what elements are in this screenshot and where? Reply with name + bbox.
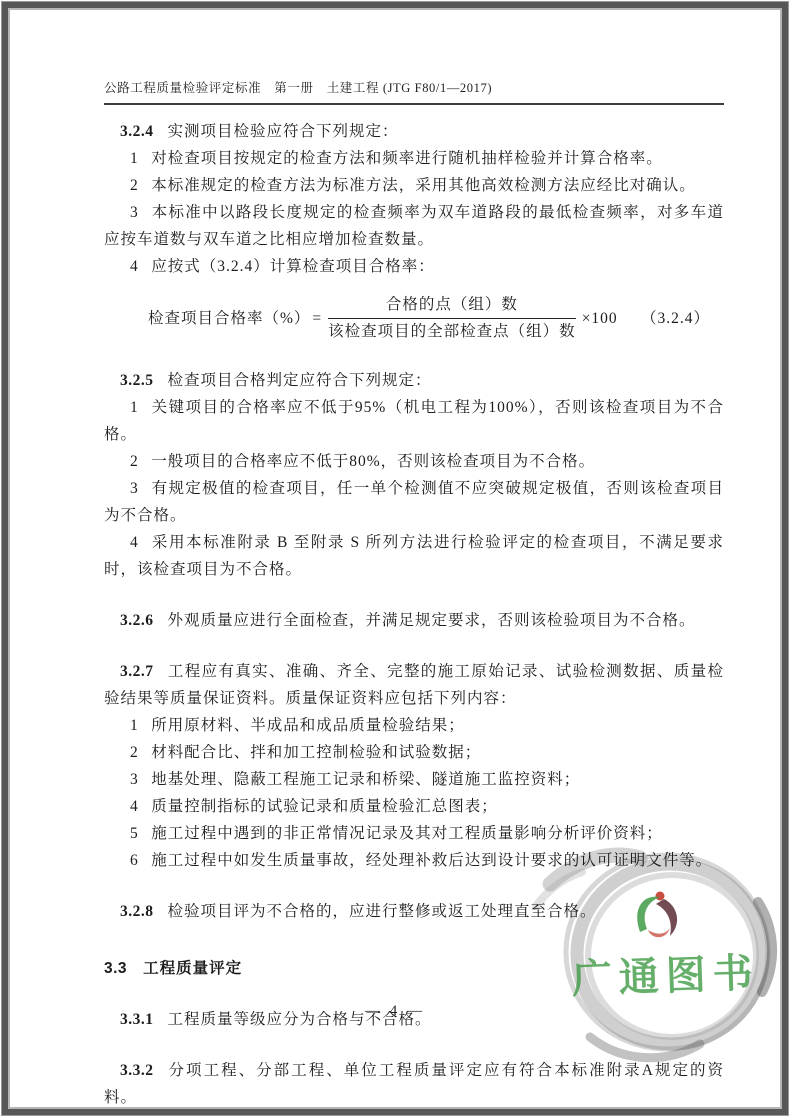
section-number: 3.3 (104, 960, 127, 977)
item-number: 1 (130, 150, 138, 167)
document-page: 公路工程质量检验评定标准 第一册 土建工程 (JTG F80/1—2017) 3… (8, 8, 782, 1109)
running-header: 公路工程质量检验评定标准 第一册 土建工程 (JTG F80/1—2017) (104, 78, 724, 96)
clause-3-3-2: 3.3.2分项工程、分部工程、单位工程质量评定应有符合本标准附录A规定的资料。 (104, 1057, 724, 1111)
item-text: 本标准规定的检查方法为标准方法，采用其他高效检测方法应经比对确认。 (151, 177, 696, 194)
formula-numerator: 合格的点（组）数 (328, 294, 576, 319)
formula-fraction: 合格的点（组）数 该检查项目的全部检查点（组）数 (328, 294, 576, 343)
list-item: 4质量控制指标的试验记录和质量检验汇总图表； (104, 793, 724, 820)
clause-3-2-5: 3.2.5检查项目合格判定应符合下列规定： (104, 367, 724, 394)
item-text: 本标准中以路段长度规定的检查频率为双车道路段的最低检查频率，对多车道应按车道数与… (104, 204, 724, 248)
item-text: 地基处理、隐蔽工程施工记录和桥梁、隧道施工监控资料； (151, 771, 580, 788)
clause-3-2-4: 3.2.4实测项目检验应符合下列规定： (104, 118, 724, 145)
list-item: 4采用本标准附录 B 至附录 S 所列方法进行检验评定的检查项目，不满足要求时，… (104, 529, 724, 583)
list-item: 3地基处理、隐蔽工程施工记录和桥梁、隧道施工监控资料； (104, 766, 724, 793)
formula-lhs: 检查项目合格率（%） (148, 308, 310, 330)
item-number: 5 (130, 825, 138, 842)
item-number: 1 (130, 399, 138, 416)
formula-3-2-4: 检查项目合格率（%） = 合格的点（组）数 该检查项目的全部检查点（组）数 ×1… (104, 294, 724, 343)
stamp-ring-dark-arc (758, 902, 772, 992)
item-text: 一般项目的合格率应不低于80%，否则该检查项目为不合格。 (151, 453, 595, 470)
list-item: 6施工过程中如发生质量事故，经处理补救后达到设计要求的认可证明文件等。 (104, 847, 724, 874)
clause-number: 3.2.6 (120, 612, 154, 629)
clause-text: 分项工程、分部工程、单位工程质量评定应有符合本标准附录A规定的资料。 (104, 1062, 724, 1106)
item-number: 6 (130, 852, 138, 869)
clause-text: 工程应有真实、准确、齐全、完整的施工原始记录、试验检测数据、质量检验结果等质量保… (104, 663, 724, 707)
item-text: 关键项目的合格率应不低于95%（机电工程为100%），否则该检查项目为不合格。 (104, 399, 724, 443)
list-item: 2本标准规定的检查方法为标准方法，采用其他高效检测方法应经比对确认。 (104, 172, 724, 199)
clause-text: 检查项目合格判定应符合下列规定： (168, 372, 432, 389)
clause-text: 检验项目评为不合格的，应进行整修或返工处理直至合格。 (168, 903, 597, 920)
item-number: 3 (130, 204, 138, 221)
clause-number: 3.2.8 (120, 903, 154, 920)
item-number: 2 (130, 744, 138, 761)
item-number: 2 (130, 453, 138, 470)
item-number: 2 (130, 177, 138, 194)
formula-multiplier: ×100 (582, 308, 618, 330)
item-number: 4 (130, 534, 138, 551)
list-item: 1所用原材料、半成品和成品质量检验结果； (104, 712, 724, 739)
item-number: 3 (130, 480, 138, 497)
list-item: 4应按式（3.2.4）计算检查项目合格率： (104, 253, 724, 280)
list-item: 3有规定极值的检查项目，任一单个检测值不应突破规定极值，否则该检查项目为不合格。 (104, 475, 724, 529)
item-text: 所用原材料、半成品和成品质量检验结果； (151, 717, 465, 734)
clause-text: 外观质量应进行全面检查，并满足规定要求，否则该检验项目为不合格。 (168, 612, 696, 629)
list-item: 2材料配合比、拌和加工控制检验和试验数据； (104, 739, 724, 766)
item-number: 4 (130, 258, 138, 275)
clause-3-2-6: 3.2.6外观质量应进行全面检查，并满足规定要求，否则该检验项目为不合格。 (104, 607, 724, 634)
item-text: 有规定极值的检查项目，任一单个检测值不应突破规定极值，否则该检查项目为不合格。 (104, 480, 724, 524)
item-text: 对检查项目按规定的检查方法和频率进行随机抽样检验并计算合格率。 (151, 150, 663, 167)
item-number: 1 (130, 717, 138, 734)
list-item: 1关键项目的合格率应不低于95%（机电工程为100%），否则该检查项目为不合格。 (104, 394, 724, 448)
item-text: 施工过程中如发生质量事故，经处理补救后达到设计要求的认可证明文件等。 (151, 852, 712, 869)
item-number: 3 (130, 771, 138, 788)
item-text: 施工过程中遇到的非正常情况记录及其对工程质量影响分析评价资料； (151, 825, 663, 842)
formula-denominator: 该检查项目的全部检查点（组）数 (328, 319, 576, 343)
clause-number: 3.2.5 (120, 372, 154, 389)
list-item: 5施工过程中遇到的非正常情况记录及其对工程质量影响分析评价资料； (104, 820, 724, 847)
item-number: 4 (130, 798, 138, 815)
clause-text: 实测项目检验应符合下列规定： (168, 123, 399, 140)
page-number: — 4 — (8, 1003, 782, 1020)
list-item: 1对检查项目按规定的检查方法和频率进行随机抽样检验并计算合格率。 (104, 145, 724, 172)
equation-label: （3.2.4） (641, 308, 724, 330)
section-title: 工程质量评定 (143, 960, 242, 977)
section-heading-3-3: 3.3工程质量评定 (104, 955, 724, 982)
list-item: 2一般项目的合格率应不低于80%，否则该检查项目为不合格。 (104, 448, 724, 475)
clause-number: 3.3.2 (120, 1062, 154, 1079)
item-text: 采用本标准附录 B 至附录 S 所列方法进行检验评定的检查项目，不满足要求时，该… (104, 534, 724, 578)
formula-equals: = (312, 308, 322, 330)
clause-number: 3.2.4 (120, 123, 154, 140)
item-text: 应按式（3.2.4）计算检查项目合格率： (151, 258, 435, 275)
document-body: 3.2.4实测项目检验应符合下列规定： 1对检查项目按规定的检查方法和频率进行随… (104, 118, 724, 1111)
clause-3-2-8: 3.2.8检验项目评为不合格的，应进行整修或返工处理直至合格。 (104, 898, 724, 925)
item-text: 质量控制指标的试验记录和质量检验汇总图表； (151, 798, 498, 815)
list-item: 3本标准中以路段长度规定的检查频率为双车道路段的最低检查频率，对多车道应按车道数… (104, 199, 724, 253)
item-text: 材料配合比、拌和加工控制检验和试验数据； (151, 744, 481, 761)
clause-number: 3.2.7 (120, 663, 154, 680)
clause-3-2-7: 3.2.7工程应有真实、准确、齐全、完整的施工原始记录、试验检测数据、质量检验结… (104, 658, 724, 712)
header-rule (104, 103, 724, 105)
